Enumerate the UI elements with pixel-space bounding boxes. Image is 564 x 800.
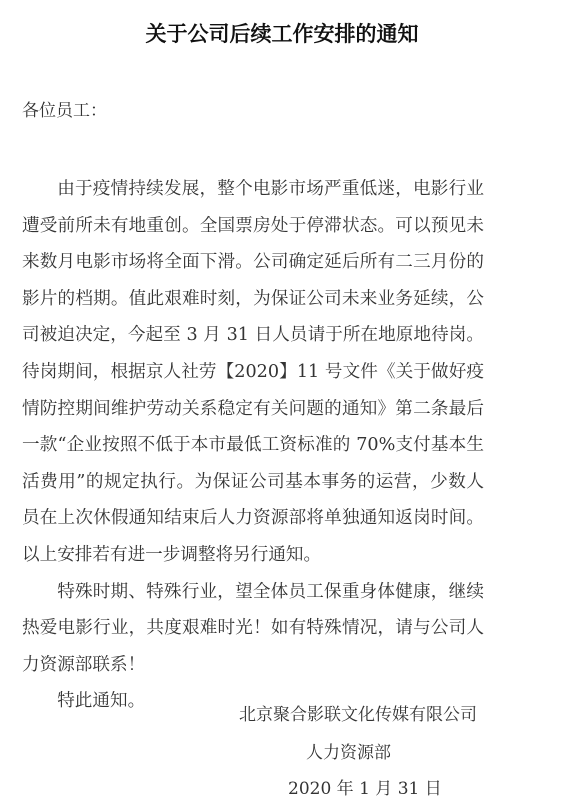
- signature-company: 北京聚合影联文化传媒有限公司: [239, 700, 477, 725]
- signature-date: 2020 年 1 月 31 日: [288, 774, 442, 799]
- salutation: 各位员工：: [22, 96, 107, 121]
- notice-body: 由于疫情持续发展，整个电影市场严重低迷，电影行业遭受前所未有地重创。全国票房处于…: [22, 171, 484, 720]
- notice-title: 关于公司后续工作安排的通知: [0, 18, 564, 48]
- paragraph-closing: 特殊时期、特殊行业，望全体员工保重身体健康，继续热爱电影行业，共度艰难时光！如有…: [22, 574, 484, 684]
- signature-department: 人力资源部: [306, 738, 391, 763]
- paragraph-main: 由于疫情持续发展，整个电影市场严重低迷，电影行业遭受前所未有地重创。全国票房处于…: [22, 171, 484, 574]
